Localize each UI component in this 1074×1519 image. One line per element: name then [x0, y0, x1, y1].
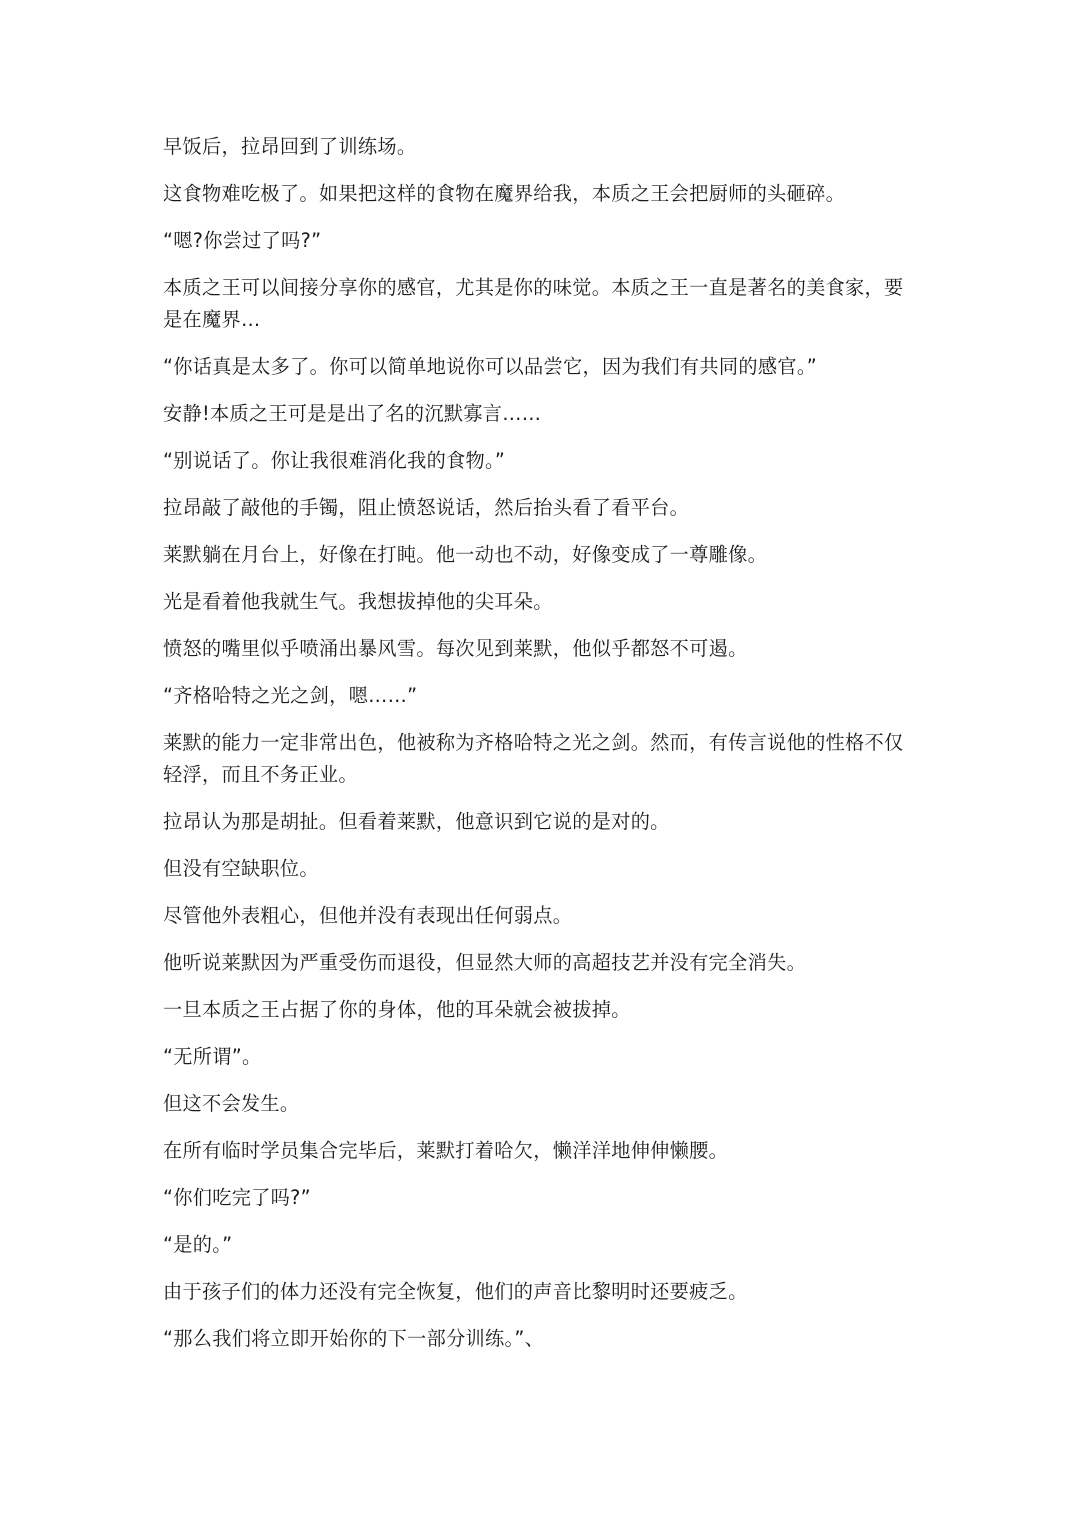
paragraph: “是的。”: [163, 1229, 915, 1261]
paragraph: “无所谓”。: [163, 1041, 915, 1073]
paragraph: 光是看着他我就生气。我想拔掉他的尖耳朵。: [163, 586, 915, 618]
paragraph: 在所有临时学员集合完毕后，莱默打着哈欠，懒洋洋地伸伸懒腰。: [163, 1135, 915, 1167]
paragraph: 尽管他外表粗心，但他并没有表现出任何弱点。: [163, 900, 915, 932]
paragraph: “你们吃完了吗?”: [163, 1182, 915, 1214]
paragraph: 这食物难吃极了。如果把这样的食物在魔界给我，本质之王会把厨师的头砸碎。: [163, 178, 915, 210]
paragraph: “嗯?你尝过了吗?”: [163, 225, 915, 257]
paragraph: 拉昂敲了敲他的手镯，阻止愤怒说话，然后抬头看了看平台。: [163, 492, 915, 524]
paragraph: 愤怒的嘴里似乎喷涌出暴风雪。每次见到莱默，他似乎都怒不可遏。: [163, 633, 915, 665]
paragraph: 莱默躺在月台上，好像在打盹。他一动也不动，好像变成了一尊雕像。: [163, 539, 915, 571]
paragraph: 早饭后，拉昂回到了训练场。: [163, 131, 915, 163]
paragraph: “你话真是太多了。你可以简单地说你可以品尝它，因为我们有共同的感官。”: [163, 351, 915, 383]
paragraph: 但这不会发生。: [163, 1088, 915, 1120]
paragraph: 但没有空缺职位。: [163, 853, 915, 885]
paragraph: 一旦本质之王占据了你的身体，他的耳朵就会被拔掉。: [163, 994, 915, 1026]
paragraph: 由于孩子们的体力还没有完全恢复，他们的声音比黎明时还要疲乏。: [163, 1276, 915, 1308]
paragraph: “那么我们将立即开始你的下一部分训练。”、: [163, 1323, 915, 1355]
paragraph: 拉昂认为那是胡扯。但看着莱默，他意识到它说的是对的。: [163, 806, 915, 838]
paragraph: “齐格哈特之光之剑，嗯……”: [163, 680, 915, 712]
paragraph: 安静!本质之王可是是出了名的沉默寡言……: [163, 398, 915, 430]
document-page: 早饭后，拉昂回到了训练场。 这食物难吃极了。如果把这样的食物在魔界给我，本质之王…: [163, 131, 915, 1370]
paragraph: “别说话了。你让我很难消化我的食物。”: [163, 445, 915, 477]
paragraph: 莱默的能力一定非常出色，他被称为齐格哈特之光之剑。然而，有传言说他的性格不仅轻浮…: [163, 727, 915, 791]
paragraph: 他听说莱默因为严重受伤而退役，但显然大师的高超技艺并没有完全消失。: [163, 947, 915, 979]
paragraph: 本质之王可以间接分享你的感官，尤其是你的味觉。本质之王一直是著名的美食家，要是在…: [163, 272, 915, 336]
